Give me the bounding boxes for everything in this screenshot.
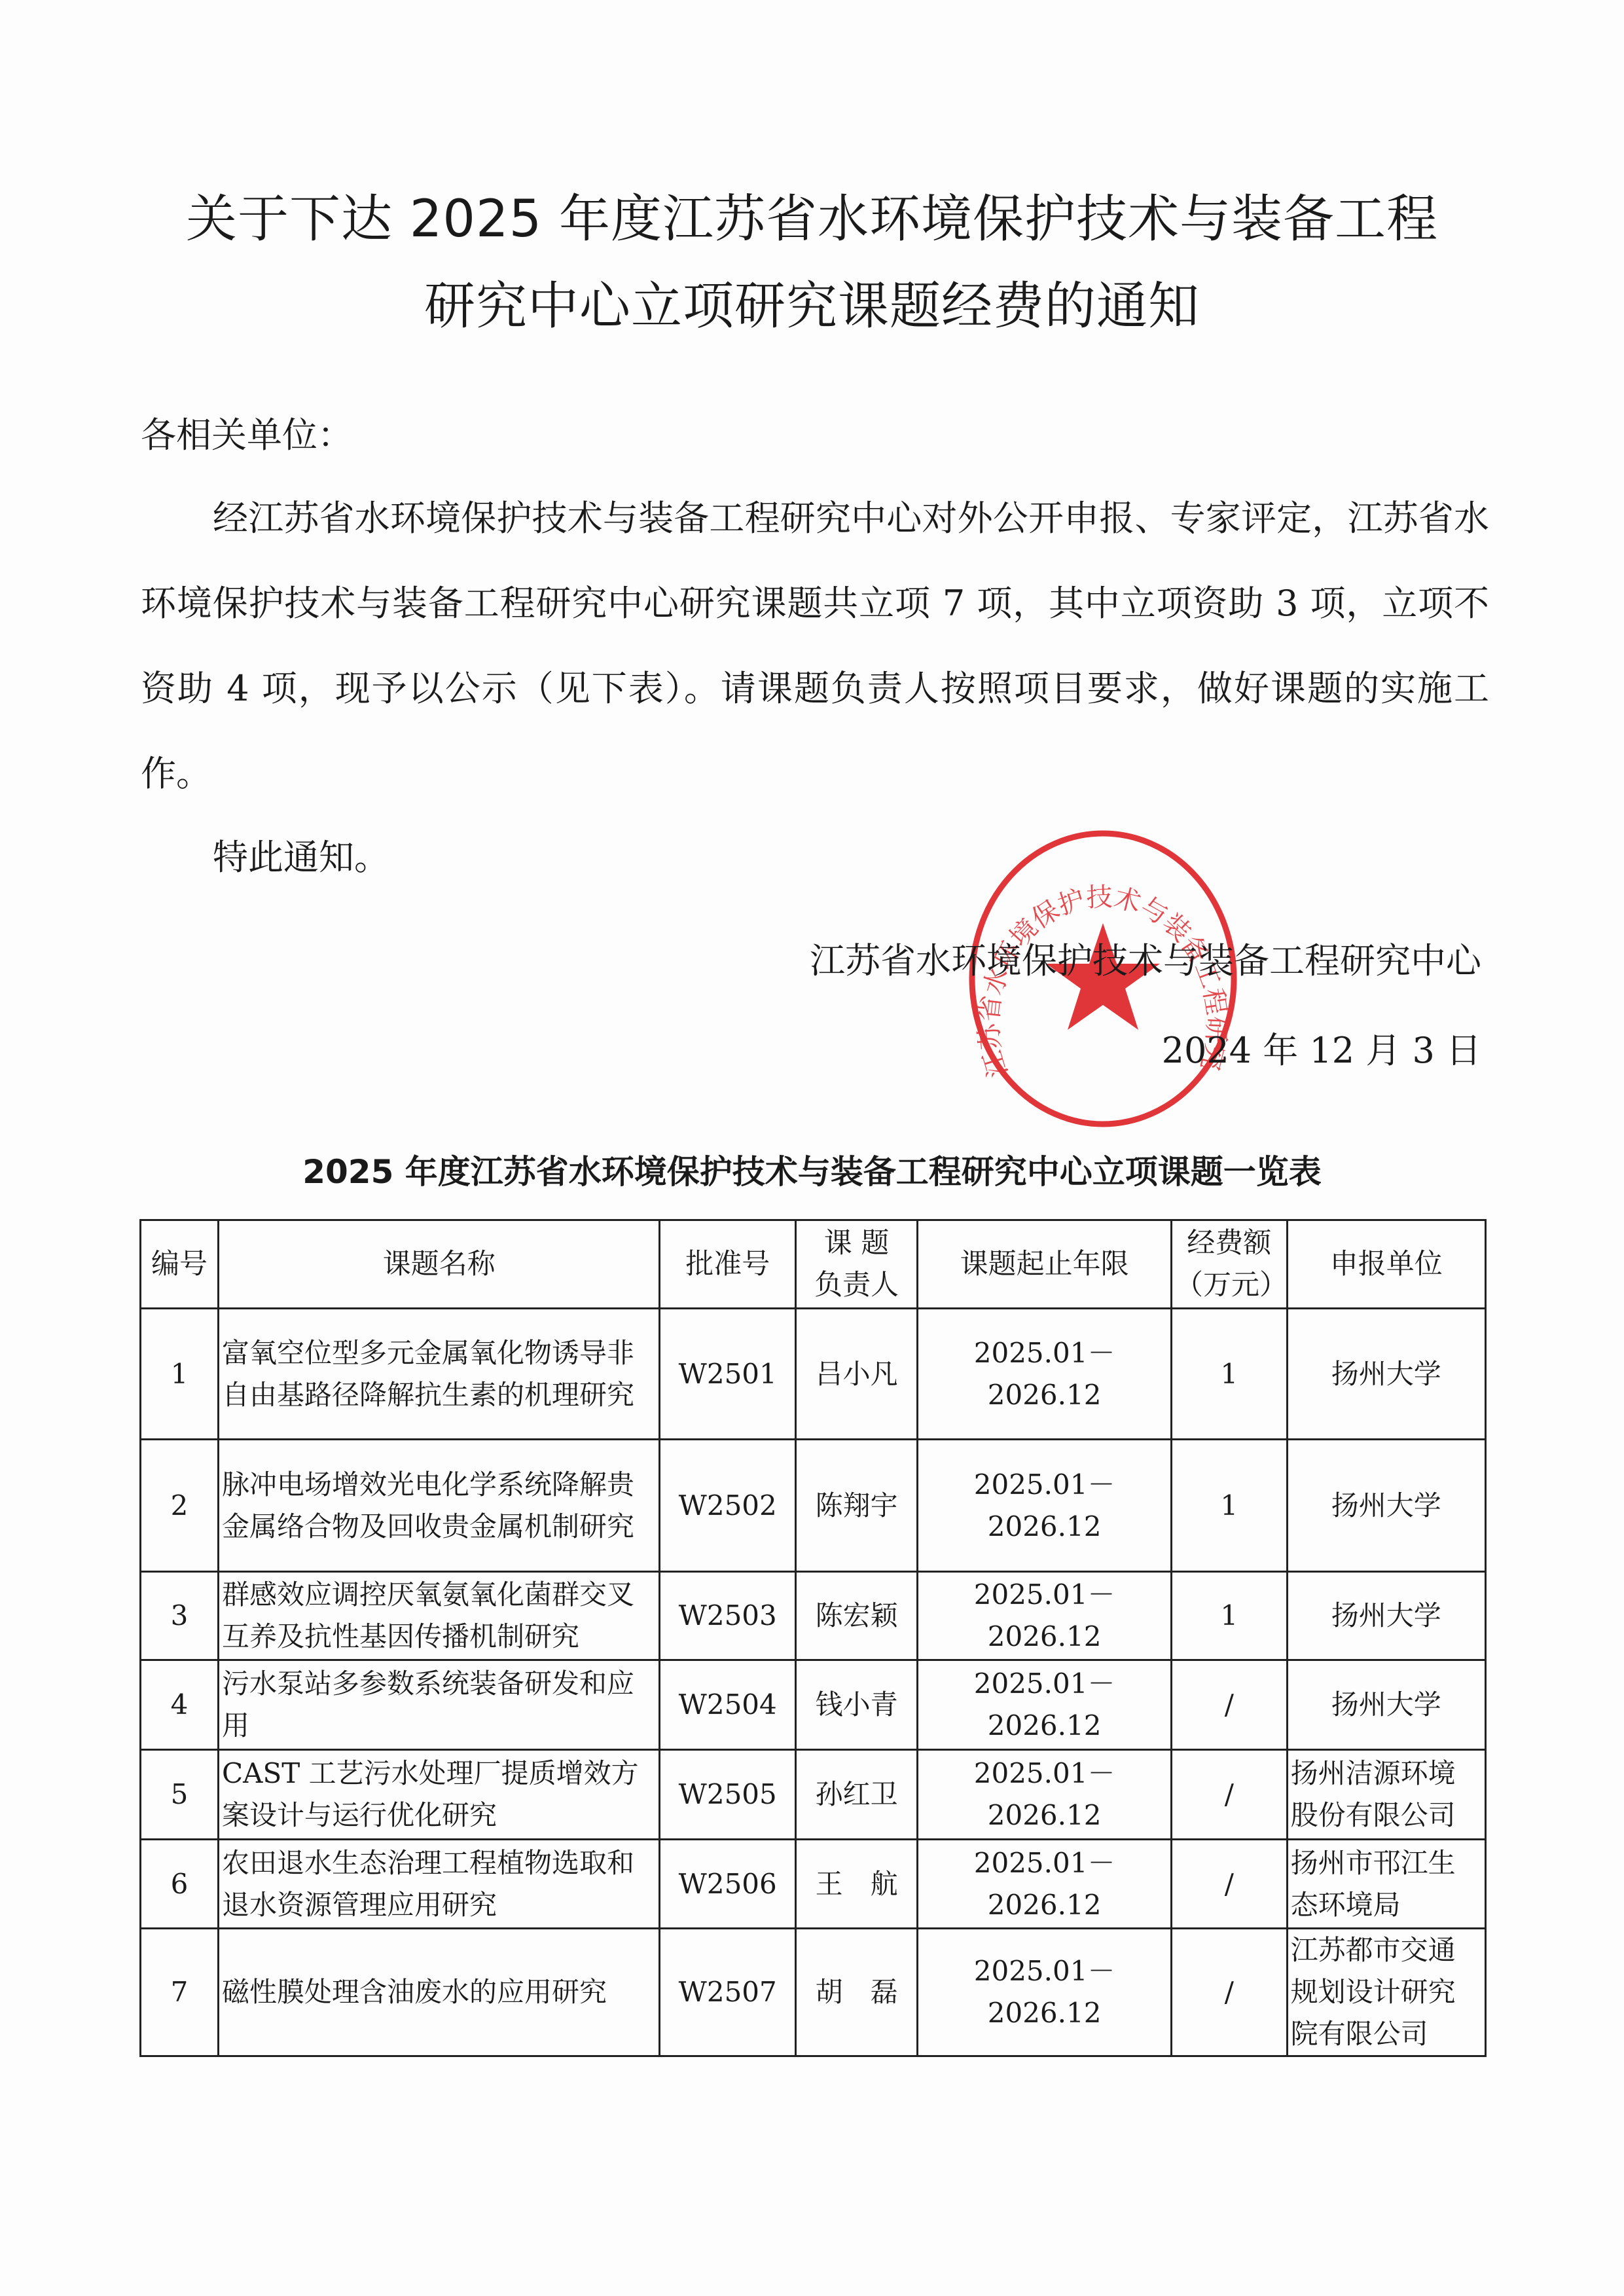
cell-period: 2025.01－2026.12: [918, 1309, 1172, 1440]
closing-text: 特此通知。: [213, 815, 1561, 900]
header-name: 课题名称: [219, 1220, 660, 1309]
header-leader: 课 题 负责人: [796, 1220, 918, 1309]
cell-code: W2505: [660, 1750, 796, 1840]
cell-no: 6: [141, 1840, 219, 1929]
project-table: 编号 课题名称 批准号 课 题 负责人 课题起止年限 经费额 （万元） 申报单位…: [139, 1219, 1487, 2057]
cell-period: 2025.01－2026.12: [918, 1750, 1172, 1840]
cell-unit: 扬州市邗江生态环境局: [1287, 1840, 1485, 1929]
cell-unit: 扬州大学: [1287, 1660, 1485, 1750]
signer-organization: 江苏省水环境保护技术与装备工程研究中心: [810, 928, 1481, 994]
table-row: 7 磁性膜处理含油废水的应用研究 W2507 胡 磊 2025.01－2026.…: [141, 1929, 1486, 2056]
cell-name: 群感效应调控厌氧氨氧化菌群交叉互养及抗性基因传播机制研究: [219, 1572, 660, 1660]
cell-leader: 胡 磊: [796, 1929, 918, 2056]
header-code: 批准号: [660, 1220, 796, 1309]
document-title-line-2: 研究中心立项研究课题经费的通知: [0, 274, 1624, 339]
cell-unit: 江苏都市交通规划设计研究院有限公司: [1287, 1929, 1485, 2056]
cell-leader: 王 航: [796, 1840, 918, 1929]
cell-unit: 扬州大学: [1287, 1440, 1485, 1572]
cell-name: 脉冲电场增效光电化学系统降解贵金属络合物及回收贵金属机制研究: [219, 1440, 660, 1572]
cell-leader: 吕小凡: [796, 1309, 918, 1440]
header-unit: 申报单位: [1287, 1220, 1485, 1309]
cell-code: W2502: [660, 1440, 796, 1572]
cell-funding: /: [1172, 1750, 1288, 1840]
cell-funding: 1: [1172, 1309, 1288, 1440]
cell-leader: 孙红卫: [796, 1750, 918, 1840]
cell-code: W2503: [660, 1572, 796, 1660]
cell-code: W2506: [660, 1840, 796, 1929]
table-header-row: 编号 课题名称 批准号 课 题 负责人 课题起止年限 经费额 （万元） 申报单位: [141, 1220, 1486, 1309]
cell-period: 2025.01－2026.12: [918, 1440, 1172, 1572]
table-title: 2025 年度江苏省水环境保护技术与装备工程研究中心立项课题一览表: [0, 1146, 1624, 1198]
cell-name: 磁性膜处理含油废水的应用研究: [219, 1929, 660, 2056]
cell-leader: 陈宏颖: [796, 1572, 918, 1660]
table-row: 6 农田退水生态治理工程植物选取和退水资源管理应用研究 W2506 王 航 20…: [141, 1840, 1486, 1929]
cell-period: 2025.01－2026.12: [918, 1572, 1172, 1660]
cell-no: 5: [141, 1750, 219, 1840]
cell-funding: /: [1172, 1929, 1288, 2056]
cell-name: 污水泵站多参数系统装备研发和应用: [219, 1660, 660, 1750]
table-row: 1 富氧空位型多元金属氧化物诱导非自由基路径降解抗生素的机理研究 W2501 吕…: [141, 1309, 1486, 1440]
table-row: 4 污水泵站多参数系统装备研发和应用 W2504 钱小青 2025.01－202…: [141, 1660, 1486, 1750]
cell-no: 1: [141, 1309, 219, 1440]
header-funding: 经费额 （万元）: [1172, 1220, 1288, 1309]
cell-period: 2025.01－2026.12: [918, 1840, 1172, 1929]
cell-period: 2025.01－2026.12: [918, 1660, 1172, 1750]
document-title-line-1: 关于下达 2025 年度江苏省水环境保护技术与装备工程: [0, 187, 1624, 252]
body-paragraph: 经江苏省水环境保护技术与装备工程研究中心对外公开申报、专家评定，江苏省水环境保护…: [141, 476, 1489, 816]
table-row: 3 群感效应调控厌氧氨氧化菌群交叉互养及抗性基因传播机制研究 W2503 陈宏颖…: [141, 1572, 1486, 1660]
cell-period: 2025.01－2026.12: [918, 1929, 1172, 2056]
cell-funding: 1: [1172, 1572, 1288, 1660]
cell-code: W2501: [660, 1309, 796, 1440]
cell-no: 2: [141, 1440, 219, 1572]
cell-no: 3: [141, 1572, 219, 1660]
cell-unit: 扬州洁源环境股份有限公司: [1287, 1750, 1485, 1840]
cell-funding: /: [1172, 1660, 1288, 1750]
cell-leader: 陈翔宇: [796, 1440, 918, 1572]
header-no: 编号: [141, 1220, 219, 1309]
cell-code: W2507: [660, 1929, 796, 2056]
cell-name: 富氧空位型多元金属氧化物诱导非自由基路径降解抗生素的机理研究: [219, 1309, 660, 1440]
table-row: 5 CAST 工艺污水处理厂提质增效方案设计与运行优化研究 W2505 孙红卫 …: [141, 1750, 1486, 1840]
cell-unit: 扬州大学: [1287, 1572, 1485, 1660]
cell-no: 4: [141, 1660, 219, 1750]
header-period: 课题起止年限: [918, 1220, 1172, 1309]
table-row: 2 脉冲电场增效光电化学系统降解贵金属络合物及回收贵金属机制研究 W2502 陈…: [141, 1440, 1486, 1572]
cell-funding: /: [1172, 1840, 1288, 1929]
cell-leader: 钱小青: [796, 1660, 918, 1750]
cell-no: 7: [141, 1929, 219, 2056]
cell-name: CAST 工艺污水处理厂提质增效方案设计与运行优化研究: [219, 1750, 660, 1840]
salutation: 各相关单位：: [141, 393, 1489, 478]
cell-code: W2504: [660, 1660, 796, 1750]
cell-name: 农田退水生态治理工程植物选取和退水资源管理应用研究: [219, 1840, 660, 1929]
cell-unit: 扬州大学: [1287, 1309, 1485, 1440]
issue-date: 2024 年 12 月 3 日: [1162, 1018, 1481, 1084]
cell-funding: 1: [1172, 1440, 1288, 1572]
